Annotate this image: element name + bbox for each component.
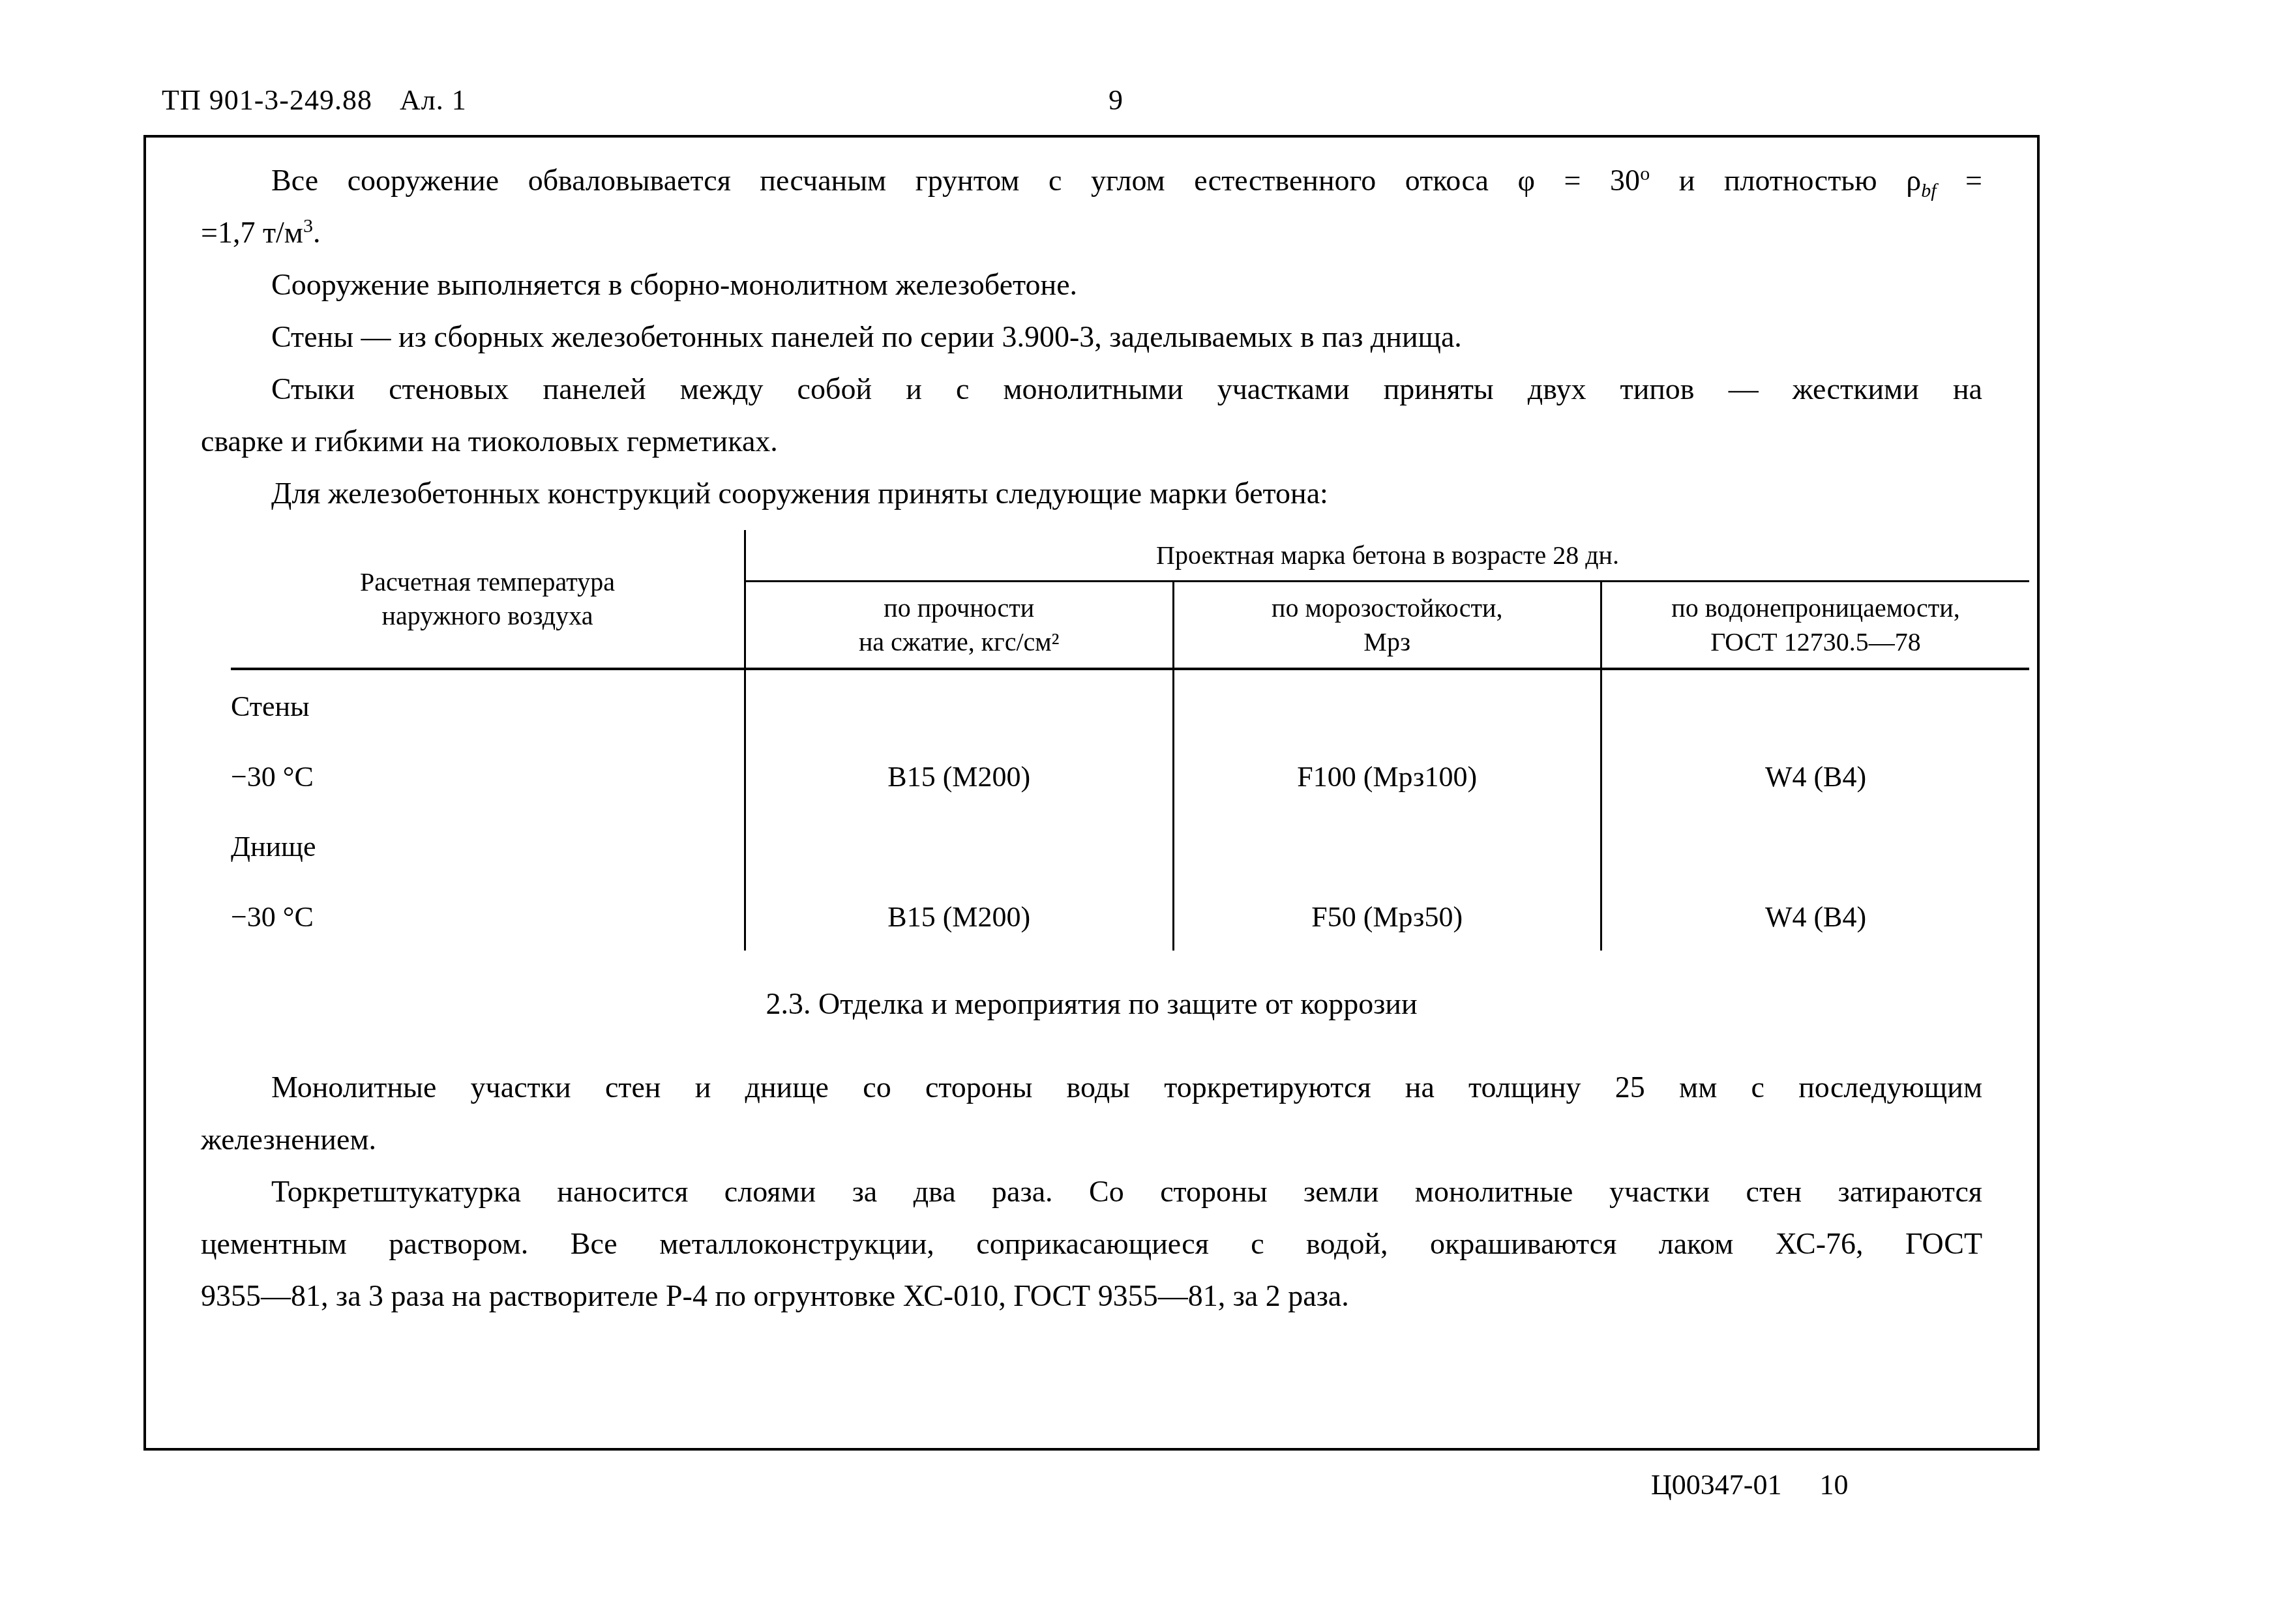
running-header: ТП 901-3-249.88Ал. 1 (162, 83, 467, 117)
row-label-bottom: Днище (231, 810, 745, 883)
cell-strength-grade: В15 (М200) (745, 883, 1174, 951)
table-cell (1601, 810, 2030, 883)
paragraph-text: = (1936, 164, 1982, 197)
column-header-strength: по прочности на сжатие, кгс/см² (745, 582, 1174, 670)
document-page: ТП 901-3-249.88Ал. 1 9 Все сооружение об… (0, 0, 2292, 1624)
document-number: ТП 901-3-249.88 (162, 84, 372, 116)
density-subscript: bf (1921, 180, 1936, 201)
paragraph-text: Все сооружение обваловывается песчаным г… (271, 164, 1640, 197)
paragraph-text: и плотностью ρ (1650, 164, 1921, 197)
paragraph-coating-line2: цементным раствором. Все металлоконструк… (201, 1218, 1982, 1270)
table-cell (1173, 669, 1601, 743)
table-row-walls-values: −30 °С В15 (М200) F100 (Мрз100) W4 (В4) (231, 743, 2029, 810)
paragraph-joints-line1: Стыки стеновых панелей между собой и с м… (201, 363, 1982, 415)
column-header-frost-resistance: по морозостойкости, Мрз (1173, 582, 1601, 670)
paragraph-joints-line2: сварке и гибкими на тиоколовых герметика… (201, 415, 1982, 467)
table-cell (1173, 810, 1601, 883)
cell-temperature: −30 °С (231, 883, 745, 951)
paragraph-walls: Стены — из сборных железобетонных панеле… (201, 311, 1982, 363)
column-header-water-resistance: по водонепроницаемости, ГОСТ 12730.5—78 (1601, 582, 2030, 670)
cell-water-grade: W4 (В4) (1601, 883, 2030, 951)
table-row-walls-label: Стены (231, 669, 2029, 743)
footer-code: Ц00347-01 (1651, 1469, 1781, 1501)
cell-frost-grade: F100 (Мрз100) (1173, 743, 1601, 810)
paragraph-soil-line2: =1,7 т/м3. (201, 207, 1982, 259)
paragraph-coating-line3: 9355—81, за 3 раза на растворителе Р-4 п… (201, 1270, 1982, 1322)
table-cell (745, 669, 1174, 743)
content-frame: Все сооружение обваловывается песчаным г… (143, 135, 2040, 1451)
cell-frost-grade: F50 (Мрз50) (1173, 883, 1601, 951)
document-footer: Ц00347-0110 (1651, 1468, 1848, 1501)
table-row-bottom-values: −30 °С В15 (М200) F50 (Мрз50) W4 (В4) (231, 883, 2029, 951)
footer-number: 10 (1819, 1469, 1848, 1501)
column-header-design-grade: Проектная марка бетона в возрасте 28 дн. (745, 530, 2030, 582)
cell-strength-grade: В15 (М200) (745, 743, 1174, 810)
paragraph-text: . (313, 216, 321, 249)
column-header-temperature: Расчетная температура наружного воздуха (231, 530, 745, 669)
table-row-bottom-label: Днище (231, 810, 2029, 883)
degree-superscript: о (1640, 163, 1650, 185)
cell-temperature: −30 °С (231, 743, 745, 810)
table-cell (745, 810, 1174, 883)
section-heading-2-3: 2.3. Отделка и мероприятия по защите от … (201, 978, 1982, 1030)
cubed-superscript: 3 (303, 215, 313, 237)
table-cell (1601, 669, 2030, 743)
paragraph-soil-line1: Все сооружение обваловывается песчаным г… (201, 155, 1982, 207)
paragraph-shotcrete-line1: Монолитные участки стен и днище со сторо… (201, 1061, 1982, 1114)
paragraph-coating-line1: Торкретштукатурка наносится слоями за дв… (201, 1166, 1982, 1218)
paragraph-shotcrete-line2: железнением. (201, 1114, 1982, 1166)
sheet-label: Ал. 1 (400, 84, 467, 116)
table-header-row-1: Расчетная температура наружного воздуха … (231, 530, 2029, 582)
row-label-walls: Стены (231, 669, 745, 743)
cell-water-grade: W4 (В4) (1601, 743, 2030, 810)
paragraph-text: =1,7 т/м (201, 216, 303, 249)
paragraph-concrete-grades-intro: Для железобетонных конструкций сооружени… (201, 467, 1982, 520)
page-number: 9 (1109, 83, 1123, 117)
concrete-grades-table: Расчетная температура наружного воздуха … (231, 530, 2029, 951)
paragraph-structure: Сооружение выполняется в сборно-монолитн… (201, 259, 1982, 311)
